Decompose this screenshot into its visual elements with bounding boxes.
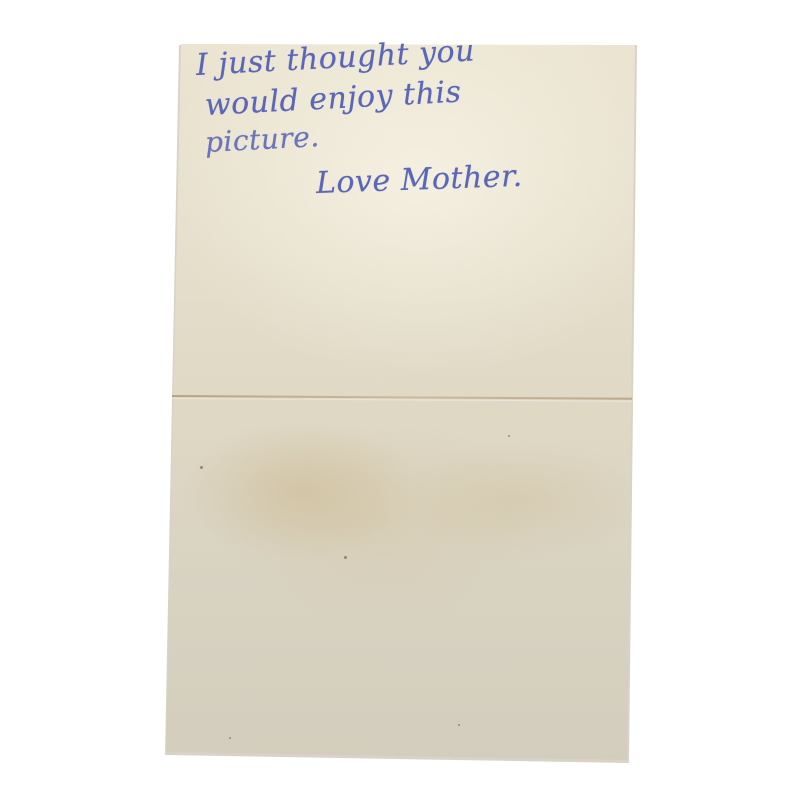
paper-speck (508, 435, 510, 437)
paper-speck (458, 724, 460, 726)
photo-stage: I just thought you would enjoy this pict… (0, 0, 800, 800)
paper-speck (344, 556, 347, 559)
paper-speck (200, 466, 203, 469)
paper-speck (229, 737, 231, 739)
note-signature: Love Mother. (315, 159, 523, 201)
note-line-3: picture. (204, 120, 320, 159)
